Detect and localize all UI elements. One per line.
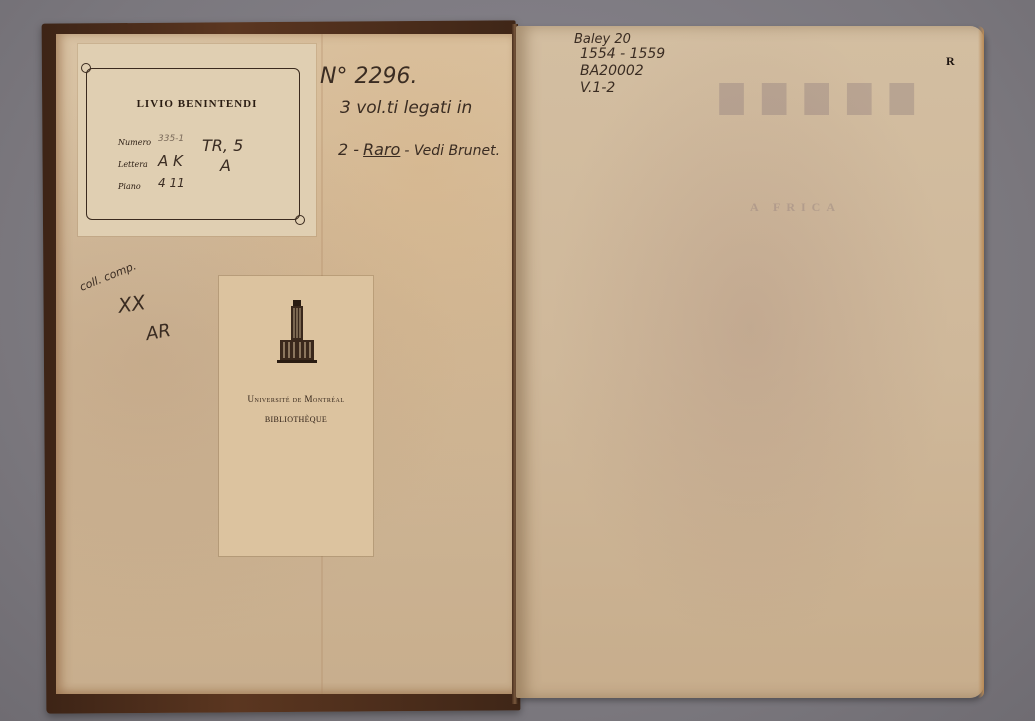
owner-name: LIVIO BENINTENDI bbox=[78, 98, 316, 110]
note-rarity-reference: - Vedi Brunet. bbox=[404, 143, 500, 159]
field-label-lettera: Lettera bbox=[118, 160, 148, 169]
page-fore-edge bbox=[978, 26, 984, 698]
field-label-numero: Numero bbox=[118, 138, 151, 147]
shelfmark-line1: TR, 5 bbox=[202, 136, 243, 155]
note-volumes: 3 vol.ti legati in bbox=[340, 98, 472, 118]
library-bookplate: Université de Montréal BIBLIOTHÈQUE bbox=[219, 276, 373, 556]
show-through-subtitle: A FRICA bbox=[750, 200, 841, 215]
field-value-piano: 4 11 bbox=[158, 176, 185, 190]
note-rarity-prefix: 2 - bbox=[338, 140, 359, 159]
library-department: BIBLIOTHÈQUE bbox=[219, 415, 373, 424]
tower-icon bbox=[277, 298, 317, 368]
margin-initials: AR bbox=[144, 320, 172, 345]
shelfmark-line2: A bbox=[220, 156, 231, 175]
field-value-lettera: A K bbox=[158, 152, 183, 170]
field-value-numero: 335-1 bbox=[158, 134, 184, 144]
margin-marks: XX bbox=[116, 290, 146, 318]
field-label-piano: Piano bbox=[118, 182, 141, 191]
note-number: N° 2296. bbox=[320, 64, 417, 89]
catalog-line3: BA20002 bbox=[580, 63, 644, 79]
show-through-heading: ▇ ▇ ▇ ▇ ▇ bbox=[720, 80, 919, 115]
catalog-line1: Baley 20 bbox=[574, 32, 631, 47]
signature-mark: R bbox=[946, 54, 955, 69]
owner-bookplate: LIVIO BENINTENDI Numero Lettera Piano 33… bbox=[78, 44, 316, 236]
catalog-line4: V.1-2 bbox=[580, 80, 615, 96]
library-institution: Université de Montréal bbox=[219, 394, 373, 404]
note-rarity-raro: Raro bbox=[363, 140, 400, 159]
catalog-line2: 1554 - 1559 bbox=[580, 46, 665, 62]
title-page bbox=[516, 26, 984, 698]
note-rarity-line: 2 - Raro - Vedi Brunet. bbox=[338, 140, 500, 160]
